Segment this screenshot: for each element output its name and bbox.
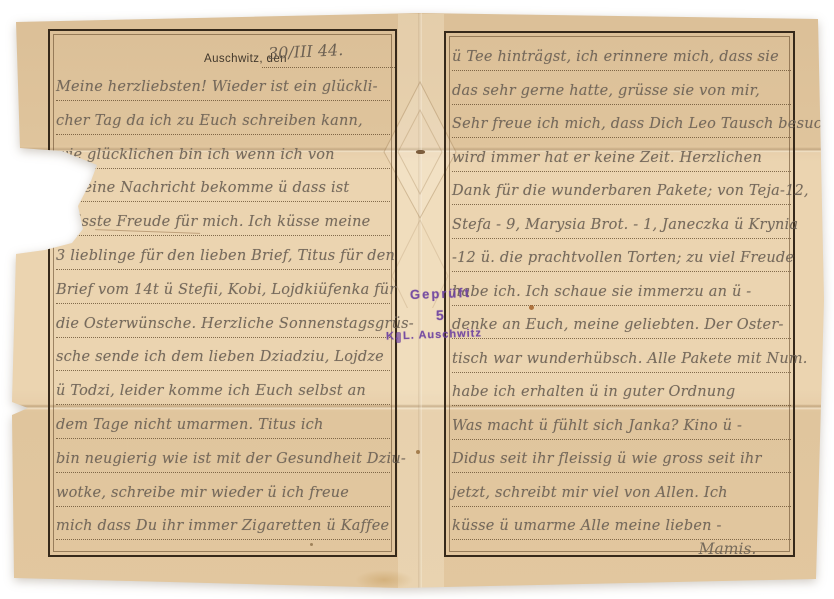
- handwriting-line: sche sende ich dem lieben Dziadziu, Lojd…: [56, 344, 390, 371]
- letterhead-handwritten-date: 30/III 44.: [268, 40, 344, 63]
- handwriting-line: Didus seit ihr fleissig ü wie gross seit…: [452, 446, 791, 473]
- handwriting-line: tisch war wunderhübsch. Alle Pakete mit …: [452, 346, 791, 373]
- handwriting-line: -12 ü. die prachtvollen Torten; zu viel …: [452, 245, 791, 272]
- foxing-speck: [416, 450, 420, 454]
- handwriting-line: ich eine Nachricht bekomme ü dass ist: [56, 175, 390, 202]
- handwriting-line: Sehr freue ich mich, dass Dich Leo Tausc…: [452, 111, 791, 138]
- letter-paper-shadow: Auschwitz, den 30/III 44. Meine herzlieb…: [0, 0, 834, 599]
- censor-stamp-number: 5: [436, 307, 444, 323]
- foxing-speck: [310, 543, 313, 546]
- foxing-speck: [757, 58, 760, 61]
- handwriting-line: küsse ü umarme Alle meine lieben -: [452, 513, 791, 540]
- handwriting-line: habe ich. Ich schaue sie immerzu an ü -: [452, 279, 791, 306]
- handwriting-line: ü Todzi, leider komme ich Euch selbst an: [56, 378, 390, 405]
- censor-stamp-geprueft: Geprüft: [410, 285, 471, 302]
- handwriting-line: Meine herzliebsten! Wieder ist ein glück…: [56, 74, 390, 101]
- handwriting-line: mich dass Du ihr immer Zigaretten ü Kaff…: [56, 513, 390, 540]
- handwriting-line: ü Tee hinträgst, ich erinnere mich, dass…: [452, 44, 791, 71]
- photo-background: Auschwitz, den 30/III 44. Meine herzlieb…: [0, 0, 834, 599]
- handwriting-line: bin neugierig wie ist mit der Gesundheit…: [56, 446, 390, 473]
- letterhead-dotted-rule: [262, 67, 395, 68]
- handwriting-line: das sehr gerne hatte, grüsse sie von mir…: [452, 78, 791, 105]
- handwriting-line: Dank für die wunderbaren Pakete; von Tej…: [452, 178, 791, 205]
- letter-paper: Auschwitz, den 30/III 44. Meine herzlieb…: [0, 0, 834, 599]
- handwriting-line: habe ich erhalten ü in guter Ordnung: [452, 379, 791, 406]
- handwriting-line: Brief vom 14t ü Stefii, Kobi, Lojdkiüfen…: [56, 277, 390, 304]
- censor-stamp-ink-smudge: [396, 332, 401, 343]
- paper-stain: [355, 570, 413, 590]
- handwriting-line: wotke, schreibe mir wieder ü ich freue: [56, 480, 390, 507]
- foxing-speck: [529, 305, 534, 310]
- handwriting-line: jetzt, schreibt mir viel von Allen. Ich: [452, 480, 791, 507]
- handwriting-line: Stefa - 9, Marysia Brot. - 1, Janeczka ü…: [452, 212, 791, 239]
- handwriting-line: Was macht ü fühlt sich Janka? Kino ü -: [452, 413, 791, 440]
- handwriting-line: wird immer hat er keine Zeit. Herzlichen: [452, 145, 791, 172]
- handwriting-line: 3 lieblinge für den lieben Brief, Titus …: [56, 243, 390, 270]
- handwriting-line: denke an Euch, meine geliebten. Der Oste…: [452, 312, 791, 339]
- handwriting-line: dem Tage nicht umarmen. Titus ich: [56, 412, 390, 439]
- signature: Mamis.: [640, 540, 815, 558]
- handwriting-line: wie glücklichen bin ich wenn ich von: [56, 142, 390, 169]
- handwriting-line: cher Tag da ich zu Euch schreiben kann,: [56, 108, 390, 135]
- handwriting-line: die Osterwünsche. Herzliche Sonnenstagsg…: [56, 311, 390, 338]
- center-fold-mark: [416, 150, 425, 154]
